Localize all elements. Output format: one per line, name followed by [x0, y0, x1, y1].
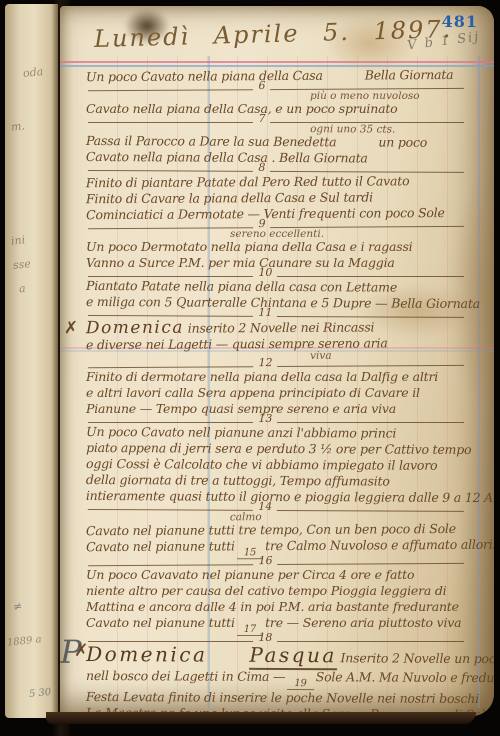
text-run: Piantato Patate nella piana della casa c… [86, 278, 397, 295]
entry-line: Cavato nel pianune tutti15tre Calmo Nuvo… [86, 537, 486, 560]
text-run: Bella Giornata [365, 67, 454, 83]
day-number: 8 [253, 161, 270, 174]
divider-line [277, 506, 464, 511]
day-number: 6 [253, 79, 270, 92]
diary-entry: ogni uno 35 cts.Passa il Parocco a Dare … [86, 124, 486, 174]
diary-entry: Un poco Cavato nell pianune anzi l'abbia… [86, 424, 486, 513]
divider-line [88, 638, 253, 642]
divider-line [88, 561, 253, 566]
entry-line: Vanno a Surce P.M. per mia Caunare su la… [86, 255, 486, 271]
text-run: Un poco Dermotato nella piana della Casa… [86, 239, 412, 254]
entry-line: nell bosco dei Lagetti in Cima —19Sole A… [86, 668, 486, 691]
day-divider: 7 [88, 117, 464, 124]
margin-fragment: 1889 a [7, 634, 43, 649]
entry-line: Un poco Cavavato nel pianune per Circa 4… [86, 567, 486, 583]
journal-page: 481 V b 1 Sij Lunedì Aprile 5. 1897. Un … [60, 6, 494, 716]
day-number: 7 [253, 112, 270, 125]
margin-fragment: ≠ [12, 600, 23, 614]
divider-line [277, 312, 464, 317]
entry-line: Un poco Cavato nella piana della CasaBel… [86, 67, 486, 85]
diary-entry: Finito di dermotare nella piana della ca… [86, 369, 486, 424]
divider-line [277, 273, 464, 277]
entry-line: Mattina e ancora dalle 4 in poi P.M. ari… [86, 599, 486, 615]
text-run: Pianune — Tempo quasi sempre sereno e ar… [86, 401, 396, 416]
text-run: Cavato nella piana della Casa, e un poco… [86, 101, 397, 116]
diary-entry: più o meno nuvolosoCavato nella piana de… [86, 92, 486, 124]
day-divider: 13 [88, 417, 464, 424]
text-run: Passa il Parocco a Dare la sua Benedetta [86, 133, 336, 149]
divider-line [88, 273, 253, 277]
day-number-inline: 19 [287, 679, 313, 690]
day-divider: 10 [88, 271, 464, 278]
day-divider: 12 [88, 360, 464, 369]
divider-line [270, 167, 464, 172]
day-number: 16 [254, 554, 278, 567]
text-run: inserito 2 Novelle nei Rincassi [184, 319, 374, 335]
diary-entries: Un poco Cavato nella piana della CasaBel… [86, 68, 486, 716]
entry-line: DomenicaPasqua Inserito 2 Novelle un poc… [86, 643, 486, 670]
diary-entry: P✗DomenicaPasqua Inserito 2 Novelle un p… [86, 643, 486, 716]
entry-line: Cominciatici a Dermotate — Venti frequen… [86, 205, 486, 223]
text-run: Inserito 2 Novelle un poco alte [337, 650, 494, 666]
text-run: e diverse nei Lagetti — quasi sempre ser… [86, 335, 388, 352]
divider-line [277, 419, 464, 423]
text-run: Cavato nella piana della Casa . Bella Gi… [86, 149, 368, 165]
text-run: un poco [378, 134, 427, 149]
text-run: nell bosco dei Lagetti in Cima — [86, 668, 285, 684]
entry-line: Pianune — Tempo quasi sempre sereno e ar… [86, 401, 486, 417]
day-number: 11 [253, 306, 277, 319]
divider-line [277, 638, 464, 642]
entry-line: Un poco Dermotato nella piana della Casa… [86, 239, 486, 255]
text-run: intieramente quasi tutto il giorno e pio… [86, 488, 494, 505]
margin-fragment: a [18, 282, 26, 296]
margin-fragment: ini [10, 233, 25, 247]
diary-entry: Un poco Cavato nella piana della CasaBel… [86, 67, 486, 92]
entry-line: Cavato nel pianune tutti17tre — Sereno a… [86, 615, 486, 636]
header-rule-pink [60, 61, 494, 63]
text-run: Festa Levata finito di inserire le poche… [86, 689, 479, 706]
entry-line: Cavato nella piana della Casa, e un poco… [86, 101, 486, 117]
diary-entry: calmoCavato nel pianune tutti tre tempo,… [86, 512, 486, 567]
book-page-block-edge [46, 712, 476, 724]
divider-line [88, 166, 253, 171]
divider-line [88, 119, 253, 123]
diary-entry: ✗Domenica inserito 2 Novelle nei Rincass… [86, 318, 486, 369]
entry-line: Cavato nella piana della Casa . Bella Gi… [86, 149, 486, 167]
text-run: Cavato nel pianune tutti tre tempo, Con … [86, 521, 456, 538]
text-run: e altri lavori calla Sera appena princip… [86, 385, 420, 400]
diary-entry: sereno eccellenti.Un poco Dermotato nell… [86, 230, 486, 278]
entry-line: intieramente quasi tutto il giorno e pio… [86, 488, 486, 506]
text-run: e miliga con 5 Quarteralle Chintana e 5 … [86, 294, 480, 311]
text-run: Cavato nel pianune tutti [86, 538, 235, 554]
divider-line [88, 363, 253, 368]
divider-line [88, 419, 253, 423]
text-run: Finito di dermotare nella piana della ca… [86, 369, 438, 384]
divider-line [270, 119, 464, 123]
text-run: tre — Sereno aria piuttosto viva [265, 615, 461, 630]
diary-entry: Un poco Cavavato nel pianune per Circa 4… [86, 567, 486, 643]
divider-line [278, 361, 465, 366]
divider-line [88, 86, 253, 91]
text-run: Finito di Cavare la piana della Casa e S… [86, 189, 373, 206]
superscript-note: sereno eccellenti. [86, 230, 486, 239]
divider-line [270, 84, 464, 89]
diary-entry: Piantato Patate nella piana della casa c… [86, 278, 486, 319]
text-run: Vanno a Surce P.M. per mia Caunare su la… [86, 255, 395, 270]
text-run: tre Calmo Nuvoloso e affumato allorizant… [265, 537, 494, 554]
text-run: oggi Cossi è Calcolato che vi abbiamo im… [86, 456, 437, 473]
text-run: Sole A.M. Ma Nuvolo e fredurante P.M. [316, 669, 494, 685]
entry-line: e miliga con 5 Quarteralle Chintana e 5 … [86, 294, 486, 312]
text-run: della giornata di tre a tuttoggi, Tempo … [86, 472, 390, 489]
text-run: Domenica [86, 318, 184, 339]
text-run: Finito di piantare Patate dal Pero Red t… [86, 173, 410, 190]
diary-entry: Finito di piantare Patate dal Pero Red t… [86, 173, 486, 230]
text-run: piato appena di jerri sera e perduto 3 ½… [86, 440, 471, 457]
divider-line [88, 224, 253, 229]
superscript-note: più o meno nuvoloso [86, 92, 486, 101]
day-number: 12 [254, 356, 278, 369]
text-run: niente altro per causa del cativo tempo … [86, 583, 446, 598]
text-run: Mattina e ancora dalle 4 in poi P.M. ari… [86, 599, 459, 614]
margin-fragment: 5 30 [28, 687, 51, 700]
margin-fragment: sse [12, 257, 31, 272]
day-number: 10 [253, 266, 277, 279]
divider-line [271, 222, 465, 227]
margin-mark-x: ✗ [64, 318, 78, 338]
divider-line [88, 311, 253, 316]
margin-fragment: m. [10, 119, 25, 133]
divider-line [88, 505, 253, 510]
text-run: Un poco Cavavato nel pianune per Circa 4… [86, 567, 414, 582]
text-run: Pasqua [249, 643, 336, 670]
photo-backdrop: odam.inissea≠1889 a5 30 481 V b 1 Sij Lu… [0, 0, 500, 736]
facing-page-edge: odam.inissea≠1889 a5 30 [5, 4, 58, 718]
margin-mark-x: ✗ [74, 641, 88, 661]
text-run: Cavato nel pianune tutti [86, 615, 235, 630]
text-run: Domenica [86, 642, 207, 667]
entry-line: niente altro per causa del cativo tempo … [86, 583, 486, 599]
text-run: Un poco Cavato nella piana della Casa [86, 68, 323, 84]
divider-line [278, 559, 465, 564]
entry-line: e altri lavori calla Sera appena princip… [86, 385, 486, 401]
text-run: Un poco Cavato nell pianune anzi l'abbia… [86, 424, 396, 441]
day-number: 13 [253, 412, 277, 425]
entry-line: Finito di dermotare nella piana della ca… [86, 369, 486, 385]
margin-fragment: oda [22, 65, 43, 80]
